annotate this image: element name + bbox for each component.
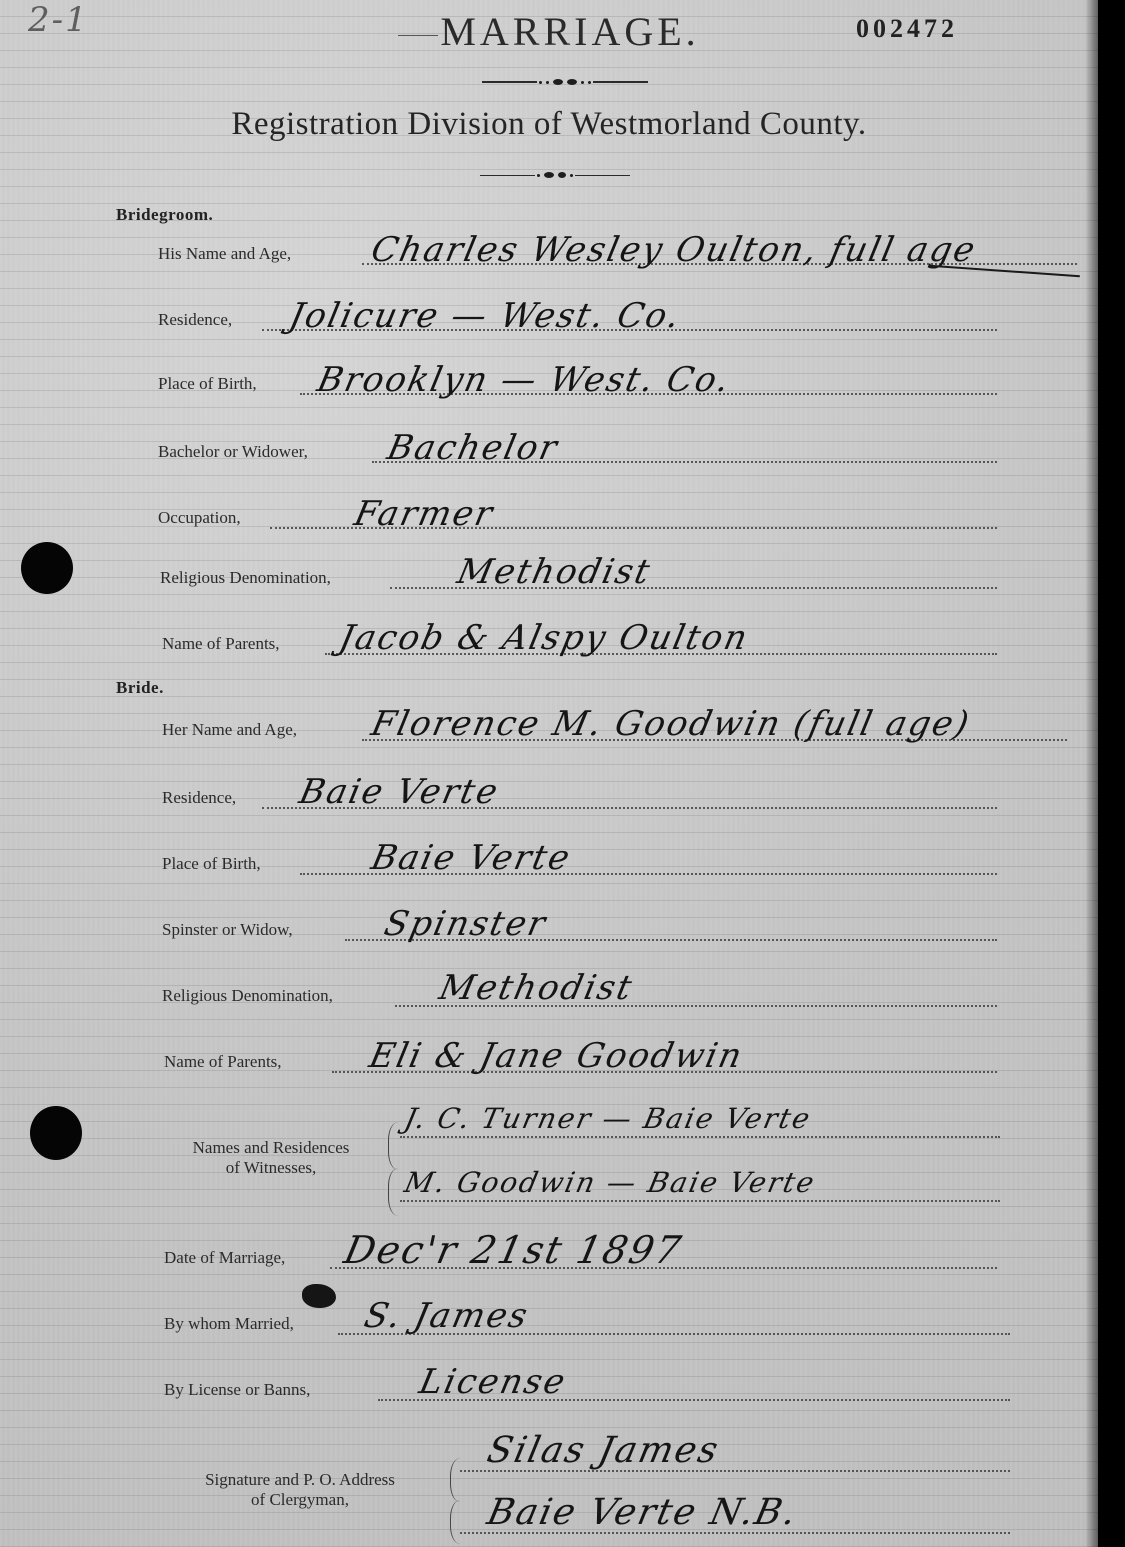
marriage-register-page: 2‑1 MARRIAGE. 002472 Registration Divisi…: [0, 0, 1098, 1547]
groom-religion-value: Methodist: [454, 552, 655, 592]
license-row: By License or Banns, License: [0, 1372, 1098, 1412]
ink-smudge: [302, 1284, 336, 1308]
clergyman-address-value: Baie Verte N.B.: [484, 1492, 802, 1533]
groom-name-value: Charles Wesley Oulton, full age: [368, 230, 980, 270]
bride-residence-value: Baie Verte: [296, 772, 503, 812]
punch-hole-top: [21, 542, 73, 594]
bride-name-value: Florence M. Goodwin (full age): [368, 704, 974, 744]
title-text: MARRIAGE.: [440, 9, 699, 54]
bride-heading: Bride.: [116, 678, 164, 698]
bride-religion-label: Religious Denomination,: [162, 986, 333, 1006]
bride-birthplace-row: Place of Birth, Baie Verte: [0, 846, 1098, 886]
officiant-row: By whom Married, S. James: [0, 1306, 1098, 1346]
bride-residence-row: Residence, Baie Verte: [0, 780, 1098, 820]
clergyman-brace-top: [450, 1458, 461, 1502]
bride-status-row: Spinster or Widow, Spinster: [0, 912, 1098, 952]
groom-occupation-label: Occupation,: [158, 508, 241, 528]
groom-religion-row: Religious Denomination, Methodist: [0, 560, 1098, 600]
groom-name-row: His Name and Age, Charles Wesley Oulton,…: [0, 236, 1098, 276]
witness-2-dotted-line: [400, 1200, 1000, 1202]
groom-birthplace-row: Place of Birth, Brooklyn — West. Co.: [0, 368, 1098, 408]
bridegroom-heading: Bridegroom.: [116, 205, 213, 225]
bride-religion-value: Methodist: [436, 968, 637, 1008]
witnesses-label-line2: of Witnesses,: [160, 1158, 382, 1178]
bride-status-value: Spinster: [381, 904, 551, 944]
marriage-date-label: Date of Marriage,: [164, 1248, 285, 1268]
bride-residence-label: Residence,: [162, 788, 236, 808]
groom-occupation-row: Occupation, Farmer: [0, 500, 1098, 540]
registration-division-heading: Registration Division of Westmorland Cou…: [0, 106, 1098, 143]
bride-birthplace-label: Place of Birth,: [162, 854, 261, 874]
witnesses-label-line1: Names and Residences: [160, 1138, 382, 1158]
groom-occupation-value: Farmer: [351, 494, 498, 534]
marriage-date-row: Date of Marriage, Dec'r 21st 1897: [0, 1238, 1098, 1278]
witness-1-dotted-line: [400, 1136, 1000, 1138]
bride-name-row: Her Name and Age, Florence M. Goodwin (f…: [0, 712, 1098, 752]
groom-residence-row: Residence, Jolicure — West. Co.: [0, 302, 1098, 342]
bride-status-label: Spinster or Widow,: [162, 920, 293, 940]
groom-religion-label: Religious Denomination,: [160, 568, 331, 588]
groom-parents-value: Jacob & Alspy Oulton: [336, 618, 753, 658]
bride-parents-row: Name of Parents, Eli & Jane Goodwin: [0, 1044, 1098, 1084]
witnesses-brace-bottom: [388, 1168, 399, 1216]
witness-2-value: M. Goodwin — Baie Verte: [401, 1166, 818, 1199]
groom-age-underline: [930, 265, 1080, 277]
bride-birthplace-value: Baie Verte: [368, 838, 575, 878]
witnesses-label: Names and Residences of Witnesses,: [160, 1138, 382, 1178]
ornament-divider-bottom: [470, 171, 640, 179]
clergyman-label-line2: of Clergyman,: [160, 1490, 440, 1510]
clergyman-label-line1: Signature and P. O. Address: [160, 1470, 440, 1490]
bride-parents-label: Name of Parents,: [164, 1052, 282, 1072]
marriage-date-value: Dec'r 21st 1897: [340, 1228, 686, 1272]
serial-number: 002472: [856, 14, 958, 44]
punch-hole-bottom: [30, 1106, 82, 1160]
bride-name-label: Her Name and Age,: [162, 720, 297, 740]
license-value: License: [416, 1362, 571, 1402]
groom-parents-row: Name of Parents, Jacob & Alspy Oulton: [0, 626, 1098, 666]
groom-residence-label: Residence,: [158, 310, 232, 330]
bride-parents-value: Eli & Jane Goodwin: [366, 1036, 747, 1076]
groom-birthplace-value: Brooklyn — West. Co.: [314, 360, 735, 400]
groom-name-label: His Name and Age,: [158, 244, 291, 264]
witness-1-value: J. C. Turner — Baie Verte: [401, 1102, 814, 1135]
groom-status-row: Bachelor or Widower, Bachelor: [0, 434, 1098, 474]
clergyman-signature-value: Silas James: [484, 1430, 724, 1471]
groom-birthplace-label: Place of Birth,: [158, 374, 257, 394]
witnesses-brace-top: [388, 1122, 399, 1170]
ornament-divider-top: [455, 78, 675, 86]
officiant-label: By whom Married,: [164, 1314, 294, 1334]
license-label: By License or Banns,: [164, 1380, 310, 1400]
groom-status-value: Bachelor: [384, 428, 562, 468]
page-edge-shadow: [1085, 0, 1098, 1547]
bride-religion-row: Religious Denomination, Methodist: [0, 978, 1098, 1018]
groom-parents-label: Name of Parents,: [162, 634, 280, 654]
title-rule: [398, 35, 438, 36]
clergyman-brace-bottom: [450, 1500, 461, 1544]
clergyman-label: Signature and P. O. Address of Clergyman…: [160, 1470, 440, 1510]
groom-residence-value: Jolicure — West. Co.: [286, 296, 685, 336]
officiant-value: S. James: [361, 1296, 533, 1336]
groom-status-label: Bachelor or Widower,: [158, 442, 308, 462]
